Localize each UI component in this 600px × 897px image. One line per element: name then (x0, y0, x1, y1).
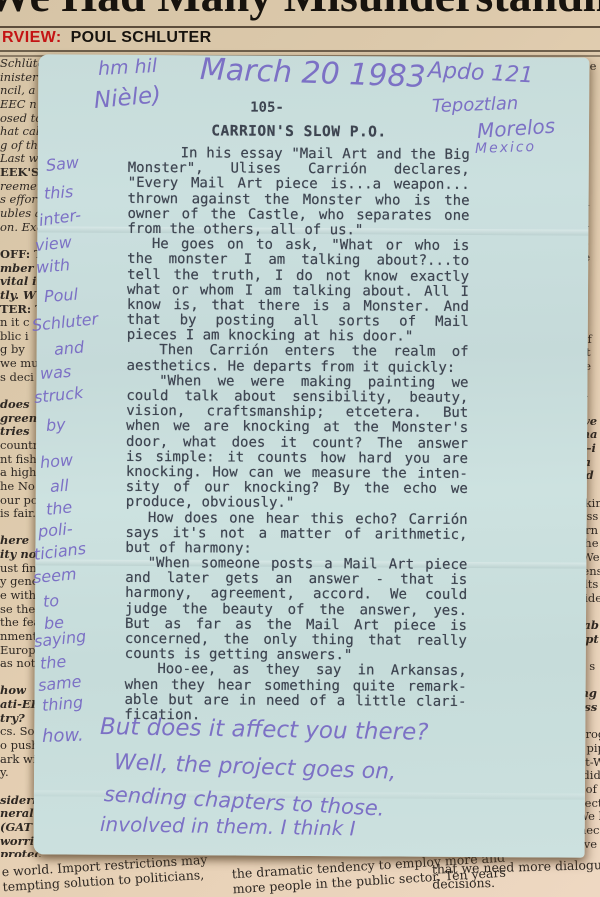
margin-note-word: was (39, 362, 71, 383)
handwritten-note: involved in them. I think I (100, 812, 356, 840)
kicker-name: POUL SCHLUTER (71, 29, 212, 46)
handwritten-note: Mexico (475, 139, 537, 157)
margin-note-word: by (45, 415, 66, 435)
margin-note-word: Poul (43, 285, 78, 306)
handwritten-note: how. (42, 725, 84, 747)
margin-note-word: thing (41, 692, 84, 715)
margin-note-word: the (39, 652, 67, 673)
handwritten-note: Tepoztlan (432, 93, 519, 117)
newspaper-headline-text: We Had Many Misunderstandings (0, 0, 600, 22)
photographed-document: We Had Many Misunderstandings RVIEW:POUL… (0, 0, 600, 897)
margin-note-word: seem (32, 564, 77, 587)
margin-note-word: view (34, 232, 73, 255)
newspaper-bottom-col1: e world. Import restrictions maytempting… (1, 852, 208, 895)
kicker-label: RVIEW: (2, 29, 62, 46)
margin-note-word: this (43, 182, 73, 203)
margin-note-word: and (53, 337, 85, 359)
margin-note-word: all (49, 476, 69, 496)
margin-note-word: with (35, 255, 70, 277)
handwritten-note: hm hil (97, 55, 157, 80)
margin-note-word: to (42, 591, 59, 611)
rule-above-kicker (0, 26, 600, 28)
newspaper-bottom-col3: that we need more dialogue before making… (432, 854, 600, 891)
rule-below-kicker (0, 50, 600, 52)
typed-body-text: In his essay "Mail Art and the BigMonste… (124, 146, 470, 725)
margin-note-word: Saw (45, 153, 80, 175)
newspaper-kicker: RVIEW:POUL SCHLUTER (2, 29, 212, 47)
margin-note-word: poli- (37, 519, 73, 541)
margin-note-word: how (39, 450, 74, 472)
newspaper-headline-cropped: We Had Many Misunderstandings (0, 0, 600, 25)
margin-note-word: the (45, 497, 73, 519)
page-number: 105- (250, 100, 284, 116)
page-title: CARRION'S SLOW P.O. (128, 123, 470, 141)
